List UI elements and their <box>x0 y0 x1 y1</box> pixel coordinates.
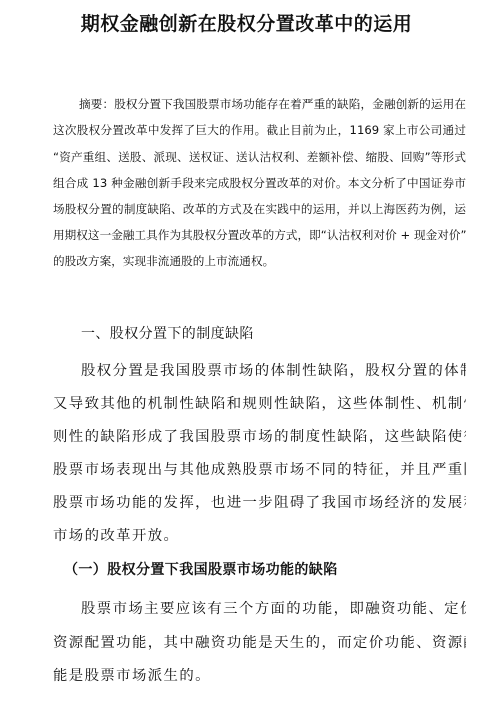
abstract-line: 这次股权分置改革中发挥了巨大的作用。截止目前为止，1169 家上市公司通过 <box>53 122 466 138</box>
subsection-heading: （一）股权分置下我国股票市场功能的缺陷 <box>64 559 477 579</box>
abstract-line: “资产重组、送股、派现、送权证、送认沽权利、差额补偿、缩股、回购”等形式 <box>53 149 466 165</box>
paragraph-line: 股票市场主要应该有三个方面的功能，即融资功能、定价功能、 <box>81 597 466 618</box>
paragraph-line: 又导致其他的机制性缺陷和规则性缺陷，这些体制性、机制性、规 <box>53 392 466 413</box>
paragraph-line: 资源配置功能，其中融资功能是天生的，而定价功能、资源配置功 <box>53 631 466 652</box>
paragraph-line: 则性的缺陷形成了我国股票市场的制度性缺陷，这些缺陷使得我国 <box>53 425 466 446</box>
paragraph-line: 能是股票市场派生的。 <box>53 664 466 685</box>
paragraph-line: 股票市场表现出与其他成熟股票市场不同的特征，并且严重阻碍了 <box>53 458 466 479</box>
document-title: 期权金融创新在股权分置改革中的运用 <box>0 9 493 36</box>
section-heading: 一、股权分置下的制度缺陷 <box>81 323 493 343</box>
abstract-line: 摘要：股权分置下我国股票市场功能存在着严重的缺陷，金融创新的运用在 <box>79 96 466 112</box>
abstract-line: 组合成 13 种金融创新手段来完成股权分置改革的对价。本文分析了中国证券市 <box>53 175 466 191</box>
paragraph-line: 市场的改革开放。 <box>53 524 466 545</box>
abstract-line: 场股权分置的制度缺陷、改革的方式及在实践中的运用，并以上海医药为例，运 <box>53 201 466 217</box>
abstract-line: 用期权这一金融工具作为其股权分置改革的方式，即“认沽权利对价 + 现金对价” <box>53 227 466 243</box>
paragraph-line: 股票市场功能的发挥，也进一步阻碍了我国市场经济的发展和金融 <box>53 491 466 512</box>
paragraph-line: 股权分置是我国股票市场的体制性缺陷，股权分置的体制缺陷 <box>81 359 466 380</box>
abstract-line: 的股改方案，实现非流通股的上市流通权。 <box>53 253 466 269</box>
document-page: 期权金融创新在股权分置改革中的运用 摘要：股权分置下我国股票市场功能存在着严重的… <box>0 0 493 707</box>
